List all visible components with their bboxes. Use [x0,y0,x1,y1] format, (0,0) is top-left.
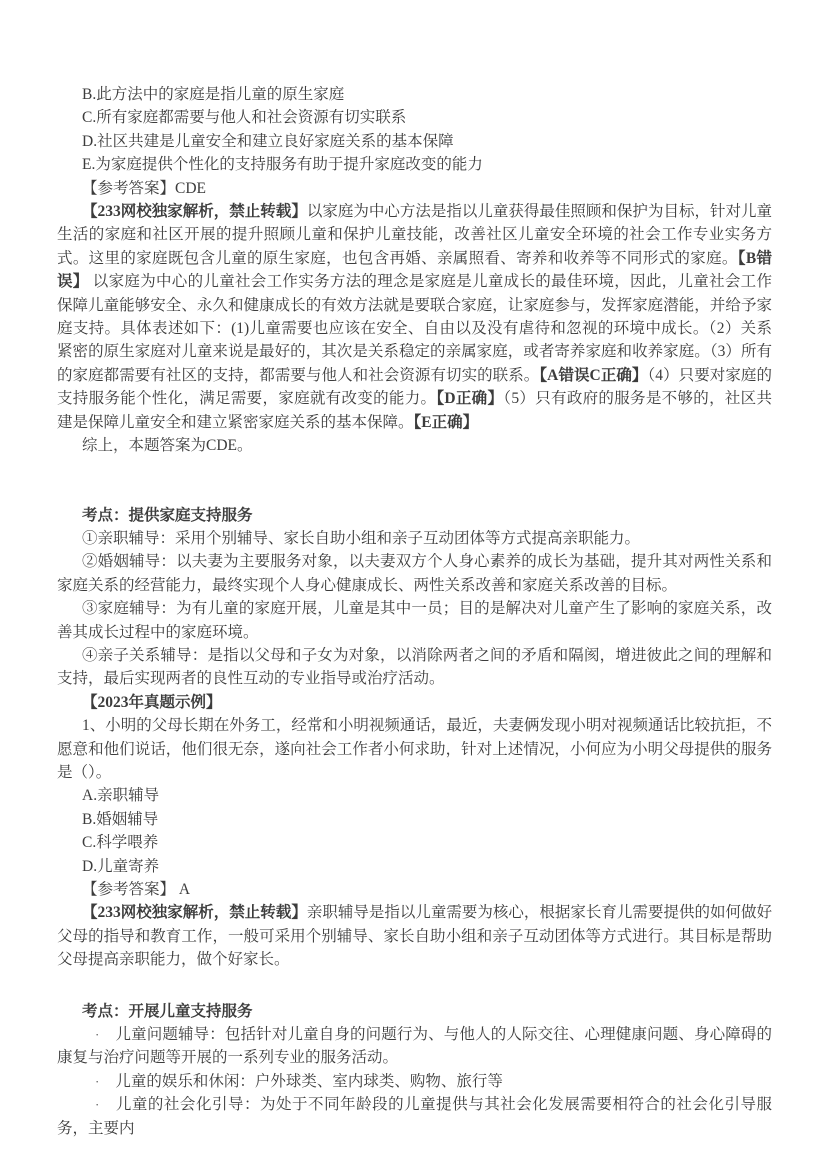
item-marriage-counseling: ②婚姻辅导：以夫妻为主要服务对象，以夫妻双方个人身心素养的成长为基础，提升其对两… [57,550,772,597]
text-segment: D.社区共建是儿童安全和建立良好家庭关系的基本保障 [82,133,454,150]
emphasis-text: 【233网校独家解析，禁止转载】 [82,203,307,220]
question-1-stem: 1、小明的父母长期在外务工，经常和小明视频通话，最近，夫妻俩发现小明对视频通话比… [57,714,772,784]
text-segment: ③家庭辅导：为有儿童的家庭开展，儿童是其中一员；目的是解决对儿童产生了影响的家庭… [57,600,772,640]
emphasis-text: 考点：提供家庭支持服务 [82,507,253,524]
text-segment: 儿童的娱乐和休闲：户外球类、室内球类、购物、旅行等 [115,1073,503,1090]
emphasis-text: 【E正确】 [414,414,479,431]
text-segment: 【参考答案】 A [82,881,190,898]
text-segment: 【参考答案】CDE [82,180,206,197]
option-d-q1: D.儿童寄养 [57,855,772,878]
bullet-icon: · [95,1023,99,1046]
text-segment: 儿童问题辅导：包括针对儿童自身的问题行为、与他人的人际交往、心理健康问题、身心障… [57,1026,772,1066]
document-page: B.此方法中的家庭是指儿童的原生家庭C.所有家庭都需要与他人和社会资源有切实联系… [0,0,830,1175]
text-segment: 儿童的社会化引导：为处于不同年龄段的儿童提供与其社会化发展需要相符合的社会化引导… [57,1096,772,1136]
bullet-child-socialization: ·儿童的社会化引导：为处于不同年龄段的儿童提供与其社会化发展需要相符合的社会化引… [57,1093,772,1140]
text-segment: B.此方法中的家庭是指儿童的原生家庭 [82,86,344,103]
exam-example-heading: 【2023年真题示例】 [57,691,772,714]
emphasis-text: 【D正确】 [436,390,503,407]
option-c-q-prev: C.所有家庭都需要与他人和社会资源有切实联系 [57,106,772,129]
option-d-q-prev: D.社区共建是儿童安全和建立良好家庭关系的基本保障 [57,130,772,153]
option-a-q1: A.亲职辅导 [57,784,772,807]
emphasis-text: 考点：开展儿童支持服务 [82,1003,253,1020]
option-b-q-prev: B.此方法中的家庭是指儿童的原生家庭 [57,83,772,106]
analysis-question-2: 【233网校独家解析，禁止转载】亲职辅导是指以儿童需要为核心，根据家长育儿需要提… [57,901,772,971]
text-segment: E.为家庭提供个性化的支持服务有助于提升家庭改变的能力 [82,156,483,173]
option-b-q1: B.婚姻辅导 [57,808,772,831]
conclusion-answer-1: 综上，本题答案为CDE。 [57,434,772,457]
section-heading-family-support: 考点：提供家庭支持服务 [57,504,772,527]
bullet-child-recreation: ·儿童的娱乐和休闲：户外球类、室内球类、购物、旅行等 [57,1070,772,1093]
reference-answer-1: 【参考答案】CDE [57,177,772,200]
text-segment: ②婚姻辅导：以夫妻为主要服务对象，以夫妻双方个人身心素养的成长为基础，提升其对两… [57,553,772,593]
text-segment: C.所有家庭都需要与他人和社会资源有切实联系 [82,109,406,126]
emphasis-text: 【233网校独家解析，禁止转载】 [82,904,307,921]
text-segment: B.婚姻辅导 [82,811,158,828]
emphasis-text: 【A错误C正确】 [539,367,647,384]
text-segment: 综上，本题答案为CDE。 [82,437,253,454]
text-segment: 1、小明的父母长期在外务工，经常和小明视频通话，最近，夫妻俩发现小明对视频通话比… [57,717,772,781]
bullet-child-problem-counseling: ·儿童问题辅导：包括针对儿童自身的问题行为、与他人的人际交往、心理健康问题、身心… [57,1023,772,1070]
item-parenting-counseling: ①亲职辅导：采用个别辅导、家长自助小组和亲子互动团体等方式提高亲职能力。 [57,527,772,550]
text-segment: D.儿童寄养 [82,858,159,875]
text-segment: ①亲职辅导：采用个别辅导、家长自助小组和亲子互动团体等方式提高亲职能力。 [82,530,640,547]
item-family-counseling: ③家庭辅导：为有儿童的家庭开展，儿童是其中一员；目的是解决对儿童产生了影响的家庭… [57,597,772,644]
document-content: B.此方法中的家庭是指儿童的原生家庭C.所有家庭都需要与他人和社会资源有切实联系… [57,83,772,1140]
bullet-icon: · [95,1093,99,1116]
item-parent-child-counseling: ④亲子关系辅导：是指以父母和子女为对象，以消除两者之间的矛盾和隔阂，增进彼此之间… [57,644,772,691]
emphasis-text: 【2023年真题示例】 [82,694,222,711]
text-segment: ④亲子关系辅导：是指以父母和子女为对象，以消除两者之间的矛盾和隔阂，增进彼此之间… [57,647,772,687]
text-segment: C.科学喂养 [82,834,158,851]
bullet-icon: · [95,1070,99,1093]
text-segment: A.亲职辅导 [82,787,159,804]
reference-answer-2: 【参考答案】 A [57,878,772,901]
analysis-question-1: 【233网校独家解析，禁止转载】以家庭为中心方法是指以儿童获得最佳照顾和保护为目… [57,200,772,434]
section-heading-child-support: 考点：开展儿童支持服务 [57,1000,772,1023]
option-c-q1: C.科学喂养 [57,831,772,854]
option-e-q-prev: E.为家庭提供个性化的支持服务有助于提升家庭改变的能力 [57,153,772,176]
